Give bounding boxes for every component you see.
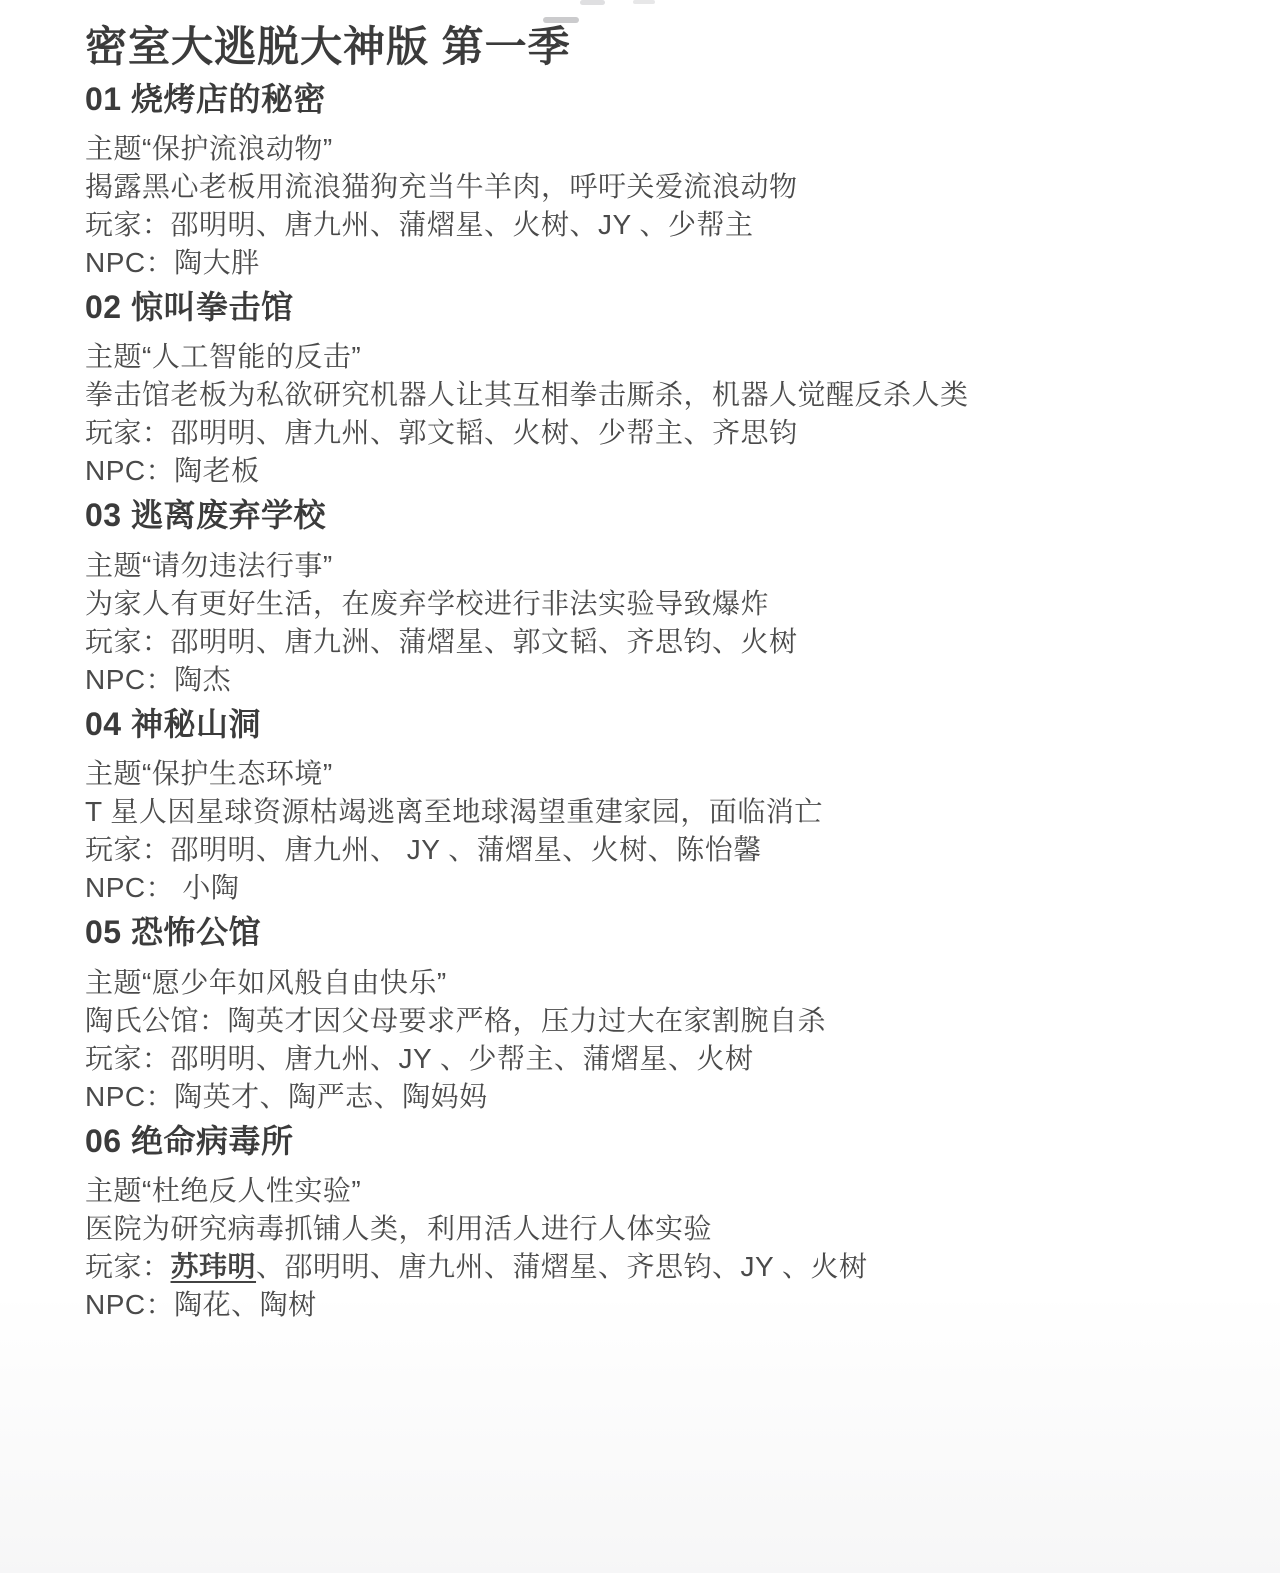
players-line: 玩家：邵明明、唐九州、蒲熠星、火树、JY 、少帮主 (85, 206, 1225, 244)
plot-line: 拳击馆老板为私欲研究机器人让其互相拳击厮杀，机器人觉醒反杀人类 (85, 376, 1225, 414)
players-line: 玩家：邵明明、唐九州、 JY 、蒲熠星、火树、陈怡馨 (85, 831, 1225, 869)
plot-line: T 星人因星球资源枯竭逃离至地球渴望重建家园，面临消亡 (85, 793, 1225, 831)
plot-line: 揭露黑心老板用流浪猫狗充当牛羊肉，呼吁关爱流浪动物 (85, 168, 1225, 206)
npc-line: NPC：陶老板 (85, 452, 1225, 490)
episode-section-06: 06 绝命病毒所 主题“杜绝反人性实验” 医院为研究病毒抓铺人类，利用活人进行人… (85, 1122, 1225, 1324)
players-line: 玩家：邵明明、唐九洲、蒲熠星、郭文韬、齐思钧、火树 (85, 623, 1225, 661)
players-rest: 、邵明明、唐九州、蒲熠星、齐思钧、JY 、火树 (256, 1251, 867, 1282)
players-line: 玩家：苏玮明、邵明明、唐九州、蒲熠星、齐思钧、JY 、火树 (85, 1248, 1225, 1286)
players-line: 玩家：邵明明、唐九州、JY 、少帮主、蒲熠星、火树 (85, 1040, 1225, 1078)
npc-line: NPC：陶英才、陶严志、陶妈妈 (85, 1078, 1225, 1116)
plot-line: 为家人有更好生活，在废弃学校进行非法实验导致爆炸 (85, 585, 1225, 623)
episode-heading: 06 绝命病毒所 (85, 1122, 1225, 1160)
theme-line: 主题“保护生态环境” (85, 755, 1225, 793)
theme-line: 主题“杜绝反人性实验” (85, 1172, 1225, 1210)
episode-section-04: 04 神秘山洞 主题“保护生态环境” T 星人因星球资源枯竭逃离至地球渴望重建家… (85, 705, 1225, 907)
theme-line: 主题“人工智能的反击” (85, 338, 1225, 376)
npc-line: NPC：陶杰 (85, 661, 1225, 699)
npc-line: NPC：陶大胖 (85, 244, 1225, 282)
theme-line: 主题“愿少年如风般自由快乐” (85, 964, 1225, 1002)
episode-section-05: 05 恐怖公馆 主题“愿少年如风般自由快乐” 陶氏公馆：陶英才因父母要求严格，压… (85, 913, 1225, 1115)
cropped-text-artifact (633, 0, 655, 4)
episode-heading: 02 惊叫拳击馆 (85, 288, 1225, 326)
episode-heading: 01 烧烤店的秘密 (85, 80, 1225, 118)
npc-line: NPC：陶花、陶树 (85, 1286, 1225, 1324)
episode-section-01: 01 烧烤店的秘密 主题“保护流浪动物” 揭露黑心老板用流浪猫狗充当牛羊肉，呼吁… (85, 80, 1225, 282)
episode-section-03: 03 逃离废弃学校 主题“请勿违法行事” 为家人有更好生活，在废弃学校进行非法实… (85, 496, 1225, 698)
plot-line: 陶氏公馆：陶英才因父母要求严格，压力过大在家割腕自杀 (85, 1002, 1225, 1040)
player-name-emphasis: 苏玮明 (171, 1251, 257, 1282)
episode-section-02: 02 惊叫拳击馆 主题“人工智能的反击” 拳击馆老板为私欲研究机器人让其互相拳击… (85, 288, 1225, 490)
episode-list-document: 密室大逃脱大神版 第一季 01 烧烤店的秘密 主题“保护流浪动物” 揭露黑心老板… (85, 22, 1225, 1324)
page-title: 密室大逃脱大神版 第一季 (85, 22, 1225, 72)
episode-heading: 04 神秘山洞 (85, 705, 1225, 743)
players-label: 玩家： (85, 1251, 171, 1282)
episode-heading: 05 恐怖公馆 (85, 913, 1225, 951)
npc-line: NPC： 小陶 (85, 869, 1225, 907)
cropped-text-artifact (580, 0, 605, 5)
theme-line: 主题“保护流浪动物” (85, 130, 1225, 168)
plot-line: 医院为研究病毒抓铺人类，利用活人进行人体实验 (85, 1210, 1225, 1248)
players-line: 玩家：邵明明、唐九州、郭文韬、火树、少帮主、齐思钧 (85, 414, 1225, 452)
theme-line: 主题“请勿违法行事” (85, 547, 1225, 585)
episode-heading: 03 逃离废弃学校 (85, 496, 1225, 534)
